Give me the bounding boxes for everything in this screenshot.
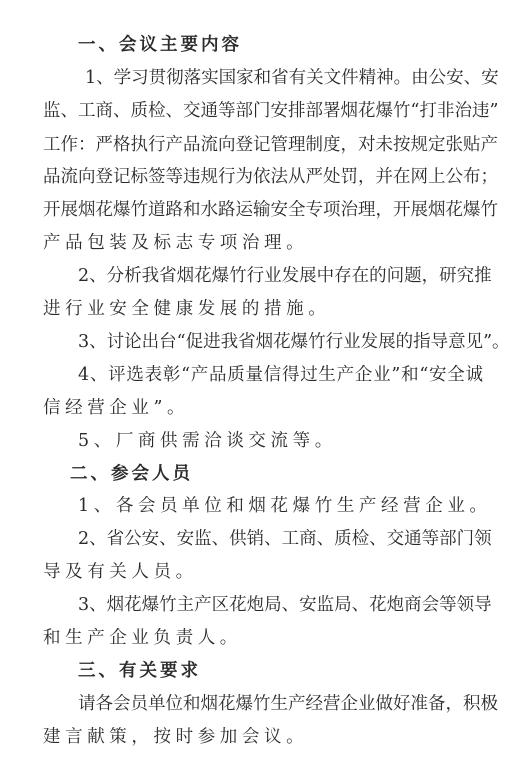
paragraph-line: 2、省公安、安监、供销、工商、质检、交通等部门领 xyxy=(78,528,483,550)
paragraph-line: 和生产企业负责人。 xyxy=(43,627,483,649)
paragraph-line: 3、烟花爆竹主产区花炮局、安监局、花炮商会等领导 xyxy=(78,594,483,616)
paragraph-line: 4、评选表彰“产品质量信得过生产企业”和“安全诚 xyxy=(78,364,483,386)
paragraph-line: 开展烟花爆竹道路和水路运输安全专项治理，开展烟花爆竹 xyxy=(43,199,483,221)
paragraph-line: 信经营企业”。 xyxy=(43,397,483,419)
paragraph-line: 产品包装及标志专项治理。 xyxy=(43,232,483,254)
paragraph-line: 请各会员单位和烟花爆竹生产经营企业做好准备，积极 xyxy=(78,693,483,715)
paragraph-line: 品流向登记标签等违规行为依法从严处罚，并在网上公布； xyxy=(43,166,483,188)
paragraph-line: 导及有关人员。 xyxy=(43,561,483,583)
paragraph-line: 2、分析我省烟花爆竹行业发展中存在的问题，研究推 xyxy=(78,265,483,287)
paragraph-line: 进行业安全健康发展的措施。 xyxy=(43,298,483,320)
paragraph-line: 5、厂商供需洽谈交流等。 xyxy=(78,430,518,452)
paragraph-line: 3、讨论出台“促进我省烟花爆竹行业发展的指导意见”。 xyxy=(78,331,498,353)
paragraph-line: 监、工商、质检、交通等部门安排部署烟花爆竹“打非治违” xyxy=(43,100,483,122)
section-heading: 一、会议主要内容 xyxy=(78,34,518,56)
section-heading: 三、有关要求 xyxy=(78,660,518,682)
paragraph-line: 1、学习贯彻落实国家和省有关文件精神。由公安、安 xyxy=(85,67,483,89)
paragraph-line: 建言献策，按时参加会议。 xyxy=(43,726,483,748)
section-heading: 二、参会人员 xyxy=(70,463,510,485)
paragraph-line: 工作：严格执行产品流向登记管理制度，对未按规定张贴产 xyxy=(43,134,483,156)
paragraph-line: 1、各会员单位和烟花爆竹生产经营企业。 xyxy=(78,495,518,517)
